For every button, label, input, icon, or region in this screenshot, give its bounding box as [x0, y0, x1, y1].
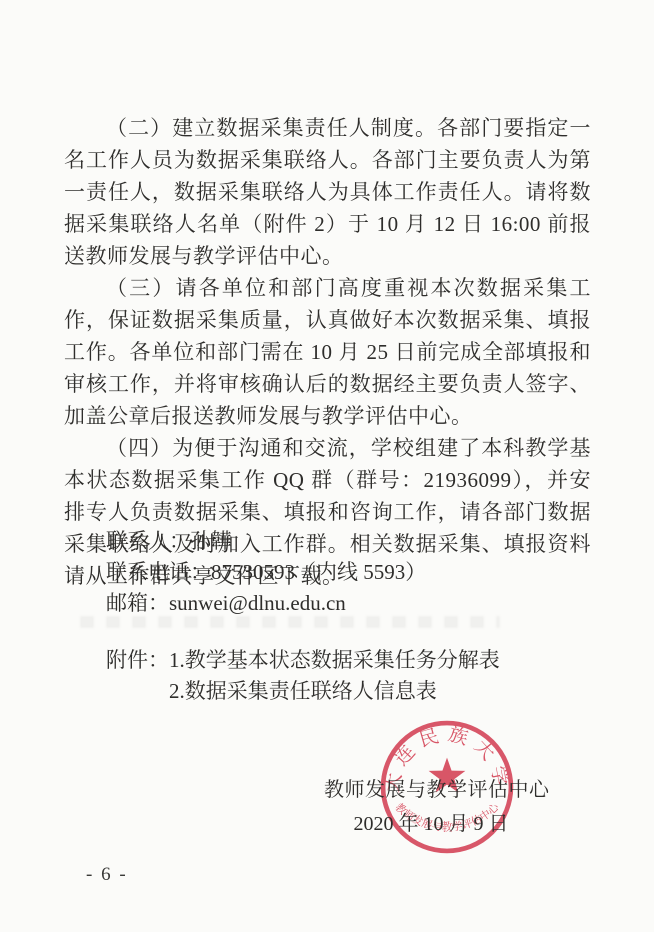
attachments-list: 1.教学基本状态数据采集任务分解表 2.数据采集责任联络人信息表: [169, 645, 500, 707]
contact-phone-value: 87530593（内线 5593）: [211, 560, 426, 584]
attachments-block: 附件： 1.教学基本状态数据采集任务分解表 2.数据采集责任联络人信息表: [106, 645, 500, 707]
attachments-label: 附件：: [106, 645, 169, 676]
signature-department: 教师发展与教学评估中心: [324, 773, 538, 807]
attachment-item: 2.数据采集责任联络人信息表: [169, 676, 500, 707]
signature-date: 2020 年 10 月 9 日: [324, 807, 538, 841]
contact-phone-label: 联系电话：: [106, 560, 211, 584]
scan-bleed-artifact: [80, 616, 500, 628]
contact-email-value: sunwei@dlnu.edu.cn: [169, 591, 346, 615]
paragraph-item-2: （二）建立数据采集责任人制度。各部门要指定一名工作人员为数据采集联络人。各部门主…: [64, 112, 591, 272]
attachment-item: 1.教学基本状态数据采集任务分解表: [169, 645, 500, 676]
contact-email-line: 邮箱：sunwei@dlnu.edu.cn: [106, 588, 426, 619]
contact-person-label: 联系人：: [106, 529, 190, 553]
paragraph-item-3: （三）请各单位和部门高度重视本次数据采集工作，保证数据采集质量，认真做好本次数据…: [64, 272, 591, 432]
signature-block: 教师发展与教学评估中心 2020 年 10 月 9 日: [324, 773, 538, 841]
contact-block: 联系人：孙韡 联系电话：87530593（内线 5593） 邮箱：sunwei@…: [106, 526, 426, 619]
page-number: - 6 -: [86, 864, 128, 886]
contact-person-line: 联系人：孙韡: [106, 526, 426, 557]
contact-phone-line: 联系电话：87530593（内线 5593）: [106, 557, 426, 588]
contact-email-label: 邮箱：: [106, 591, 169, 615]
scanned-notice-page: （二）建立数据采集责任人制度。各部门要指定一名工作人员为数据采集联络人。各部门主…: [0, 0, 654, 932]
contact-person-value: 孙韡: [190, 529, 232, 553]
body-paragraphs: （二）建立数据采集责任人制度。各部门要指定一名工作人员为数据采集联络人。各部门主…: [64, 112, 591, 592]
